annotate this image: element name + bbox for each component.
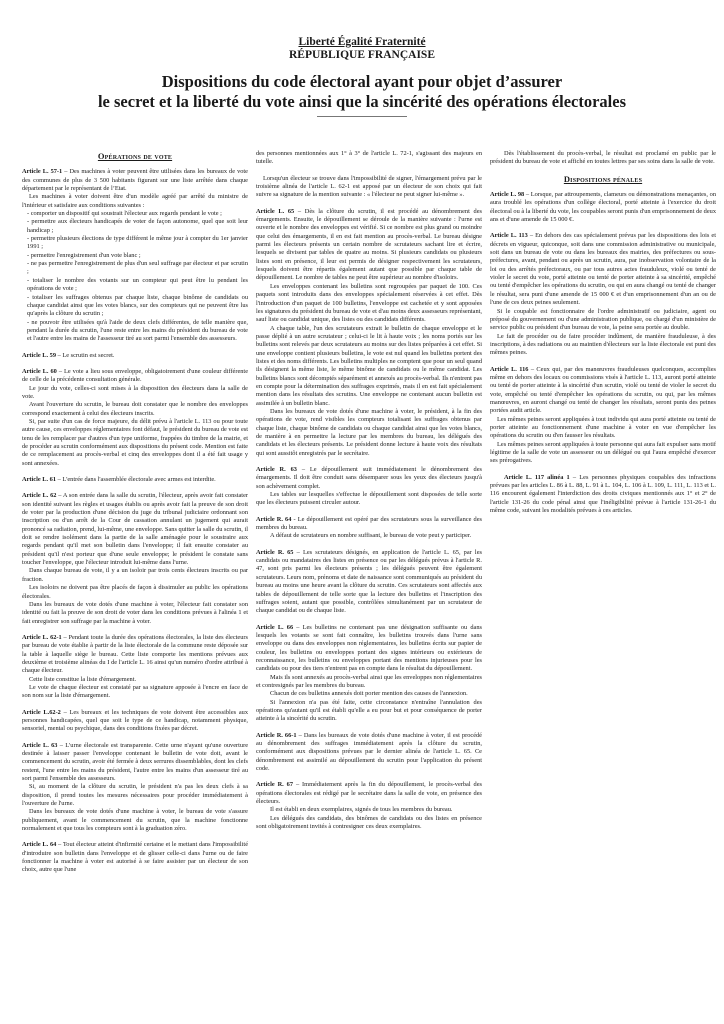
list-item: - permettre plusieurs élections de type …: [22, 235, 248, 252]
article-l116: Article L. 116 – Ceux qui, par des manœu…: [490, 366, 716, 466]
article-label: Article L. 66: [256, 624, 293, 631]
article-label: Article L. 59: [22, 352, 56, 359]
column-1: Opérations de vote Article L. 57-1 – Des…: [22, 150, 248, 883]
list-item: - permettre aux électeurs handicapés de …: [22, 218, 248, 235]
article-paragraph: Si, par suite d'un cas de force majeure,…: [22, 418, 248, 468]
article-paragraph: Dès l'établissement du procès-verbal, le…: [490, 150, 716, 167]
title-divider: [317, 116, 407, 117]
article-paragraph: Les isoloirs ne doivent pas être placés …: [22, 584, 248, 601]
list-item: - permettre l'enregistrement d'un vote b…: [22, 252, 248, 260]
article-paragraph: Dans les bureaux de vote dotés d'une mac…: [22, 601, 248, 626]
article-r63: Article R. 63 – Le dépouillement suit im…: [256, 466, 482, 508]
article-label: Article R. 63: [256, 466, 297, 473]
article-l64-continued: des personnes mentionnées aux 1° à 3° de…: [256, 150, 482, 167]
column-2: des personnes mentionnées aux 1° à 3° de…: [256, 150, 482, 883]
article-label: Article L. 65: [256, 208, 294, 215]
republic-name: RÉPUBLIQUE FRANÇAISE: [0, 49, 724, 62]
article-text: – Tout électeur atteint d'infirmité cert…: [22, 841, 248, 873]
article-text: – L'entrée dans l'assemblée électorale a…: [56, 476, 216, 483]
article-paragraph: Les tables sur lesquelles s'effectue le …: [256, 491, 482, 508]
article-label: Article R. 65: [256, 549, 293, 556]
document-header: Liberté Égalité Fraternité RÉPUBLIQUE FR…: [0, 0, 724, 117]
article-l98: Article L. 98 – Lorsque, par attroupemen…: [490, 191, 716, 224]
article-label: Article L. 63: [22, 742, 57, 749]
article-label: Article R. 67: [256, 781, 293, 788]
document-page: Liberté Égalité Fraternité RÉPUBLIQUE FR…: [0, 0, 724, 1024]
article-paragraph: des personnes mentionnées aux 1° à 3° de…: [256, 150, 482, 167]
list-item: - totaliser les suffrages obtenus par ch…: [22, 294, 248, 319]
article-label: Article L. 116: [490, 366, 528, 373]
article-paragraph: Mais ils sont annexés au procès-verbal a…: [256, 674, 482, 691]
column-3: Dès l'établissement du procès-verbal, le…: [490, 150, 716, 883]
document-title: Dispositions du code électoral ayant pou…: [0, 72, 724, 112]
article-l62-2: Article L.62-2 – Les bureaux et les tech…: [22, 709, 248, 734]
article-l62-1: Article L. 62-1 – Pendant toute la durée…: [22, 634, 248, 701]
article-paragraph: Si le coupable est fonctionnaire de l'or…: [490, 308, 716, 333]
article-text: – Lorsque, par attroupements, clameurs o…: [490, 191, 716, 223]
list-item: - totaliser le nombre des votants sur un…: [22, 277, 248, 294]
article-r65: Article R. 65 – Les scrutateurs désignés…: [256, 549, 482, 616]
article-paragraph: Le vote de chaque électeur est constaté …: [22, 684, 248, 701]
article-label: Article L. 62-1: [22, 634, 62, 641]
article-paragraph: Si, au moment de la clôture du scrutin, …: [22, 783, 248, 808]
article-paragraph: Les délégués des candidats, des binômes …: [256, 815, 482, 832]
article-label: Article L.62-2: [22, 709, 61, 716]
article-l59: Article L. 59 – Le scrutin est secret.: [22, 352, 248, 360]
article-paragraph: A chaque table, l'un des scrutateurs ext…: [256, 325, 482, 408]
title-line-2: le secret et la liberté du vote ainsi qu…: [0, 92, 724, 112]
article-r67: Article R. 67 – Immédiatement après la f…: [256, 781, 482, 831]
article-paragraph: Avant l'ouverture du scrutin, le bureau …: [22, 401, 248, 418]
article-l113: Article L. 113 – En dehors des cas spéci…: [490, 232, 716, 357]
article-text: – En dehors des cas spécialement prévus …: [490, 232, 716, 306]
article-label: Article R. 66-1: [256, 732, 297, 739]
list-item: - ne pouvoir être utilisées qu'à l'aide …: [22, 319, 248, 344]
article-paragraph: Les enveloppes contenant les bulletins s…: [256, 283, 482, 325]
article-paragraph: Les mêmes peines seront appliquées à tou…: [490, 416, 716, 441]
article-paragraph: Lorsqu'un électeur se trouve dans l'impo…: [256, 175, 482, 200]
article-label: Article L. 117 alinéa 1: [504, 474, 570, 481]
article-label: Article R. 64: [256, 516, 291, 523]
section-title-operations: Opérations de vote: [22, 152, 248, 160]
article-l62: Article L. 62 – A son entrée dans la sal…: [22, 492, 248, 626]
article-l63: Article L. 63 – L'urne électorale est tr…: [22, 742, 248, 834]
article-r67-continued: Dès l'établissement du procès-verbal, le…: [490, 150, 716, 167]
article-r64: Article R. 64 - Le dépouillement est opé…: [256, 516, 482, 541]
article-text: – A son entrée dans la salle du scrutin,…: [22, 492, 248, 566]
article-text: – Le scrutin est secret.: [56, 352, 114, 359]
list-item: - comporter un dispositif qui soustrait …: [22, 210, 248, 218]
section-title-penal: Dispositions pénales: [490, 175, 716, 183]
article-paragraph: Si l'annexion n'a pas été faite, cette c…: [256, 699, 482, 724]
article-label: Article L. 64: [22, 841, 56, 848]
article-text: – Le vote a lieu sous enveloppe, obligat…: [22, 368, 248, 383]
title-line-1: Dispositions du code électoral ayant pou…: [0, 72, 724, 92]
article-text: – Dès la clôture du scrutin, il est proc…: [256, 208, 482, 282]
article-paragraph: A défaut de scrutateurs en nombre suffis…: [256, 532, 482, 540]
article-text: – Les scrutateurs désignés, en applicati…: [256, 549, 482, 614]
article-label: Article L. 62: [22, 492, 56, 499]
article-l65: Article L. 65 – Dès la clôture du scruti…: [256, 208, 482, 458]
article-l66: Article L. 66 – Les bulletins ne contena…: [256, 624, 482, 724]
article-paragraph: Dans chaque bureau de vote, il y a un is…: [22, 567, 248, 584]
article-l61: Article L. 61 – L'entrée dans l'assemblé…: [22, 476, 248, 484]
article-paragraph: Chacun de ces bulletins annexés doit por…: [256, 690, 482, 698]
article-paragraph: Les machines à voter doivent être d'un m…: [22, 193, 248, 210]
article-label: Article L. 57-1: [22, 168, 62, 175]
article-label: Article L. 60: [22, 368, 57, 375]
article-paragraph: Dans les bureaux de vote dotés d'une mac…: [22, 808, 248, 833]
list-item: - ne pas permettre l'enregistrement de p…: [22, 260, 248, 277]
article-l64: Article L. 64 – Tout électeur atteint d'…: [22, 841, 248, 874]
article-label: Article L. 98: [490, 191, 524, 198]
article-paragraph: Les mêmes peines seront appliquées à tou…: [490, 441, 716, 466]
republic-motto: Liberté Égalité Fraternité: [0, 36, 724, 49]
article-l117: Article L. 117 alinéa 1 – Les personnes …: [490, 474, 716, 516]
document-columns: Opérations de vote Article L. 57-1 – Des…: [22, 150, 706, 883]
article-paragraph: Il est établi en deux exemplaires, signé…: [256, 806, 482, 814]
article-r66-1: Article R. 66-1 – Dans les bureaux de vo…: [256, 732, 482, 774]
article-label: Article L. 61: [22, 476, 56, 483]
article-label: Article L. 113: [490, 232, 528, 239]
article-paragraph: Le jour du vote, celles-ci sont mises à …: [22, 385, 248, 402]
article-paragraph: Dans les bureaux de vote dotés d'une mac…: [256, 408, 482, 458]
article-paragraph: Cette liste constitue la liste d'émargem…: [22, 676, 248, 684]
article-l64-signature: Lorsqu'un électeur se trouve dans l'impo…: [256, 175, 482, 200]
article-paragraph: Le fait de procéder ou de faire procéder…: [490, 333, 716, 358]
article-l60: Article L. 60 – Le vote a lieu sous enve…: [22, 368, 248, 468]
article-l57-1: Article L. 57-1 – Des machines à voter p…: [22, 168, 248, 343]
